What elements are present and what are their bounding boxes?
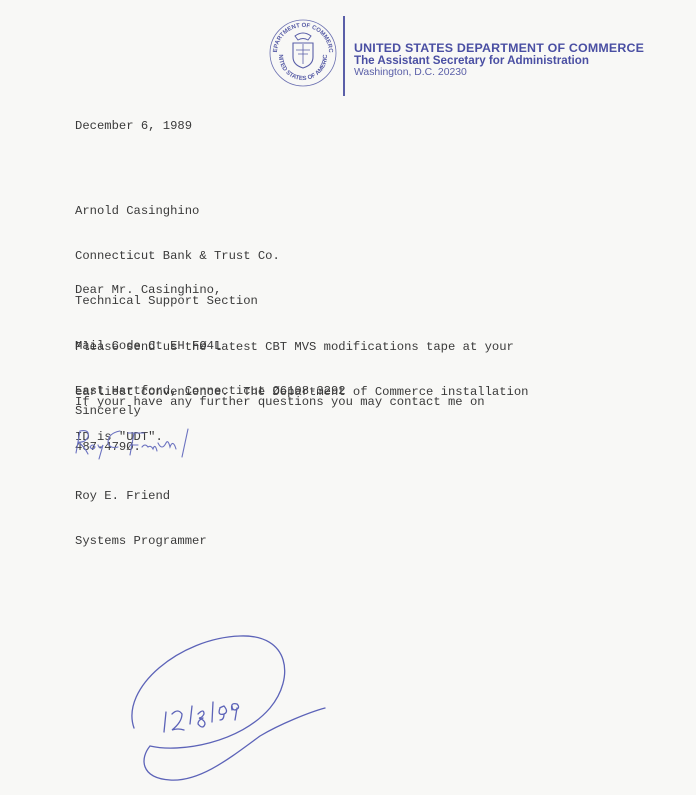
department-seal-icon: DEPARTMENT OF COMMERCE UNITED STATES OF … (268, 18, 338, 88)
handwritten-signature (70, 423, 210, 461)
handwritten-date-annotation (120, 628, 340, 790)
salutation: Dear Mr. Casinghino, (75, 283, 221, 298)
letterhead: UNITED STATES DEPARTMENT OF COMMERCE The… (354, 42, 644, 79)
signer-title: Systems Programmer (75, 534, 207, 549)
office-address: Washington, D.C. 20230 (354, 67, 644, 79)
letter-page: DEPARTMENT OF COMMERCE UNITED STATES OF … (0, 0, 696, 795)
svg-text:DEPARTMENT OF COMMERCE: DEPARTMENT OF COMMERCE (268, 18, 333, 54)
recipient-line: Arnold Casinghino (75, 204, 346, 219)
signer-block: Roy E. Friend Systems Programmer (75, 459, 207, 579)
signer-name: Roy E. Friend (75, 489, 207, 504)
body-line: Please send us the latest CBT MVS modifi… (75, 340, 528, 355)
recipient-line: Connecticut Bank & Trust Co. (75, 249, 346, 264)
closing: Sincerely (75, 404, 141, 419)
office-name: The Assistant Secretary for Administrati… (354, 55, 644, 67)
letter-date: December 6, 1989 (75, 119, 192, 134)
letterhead-divider (343, 16, 345, 96)
